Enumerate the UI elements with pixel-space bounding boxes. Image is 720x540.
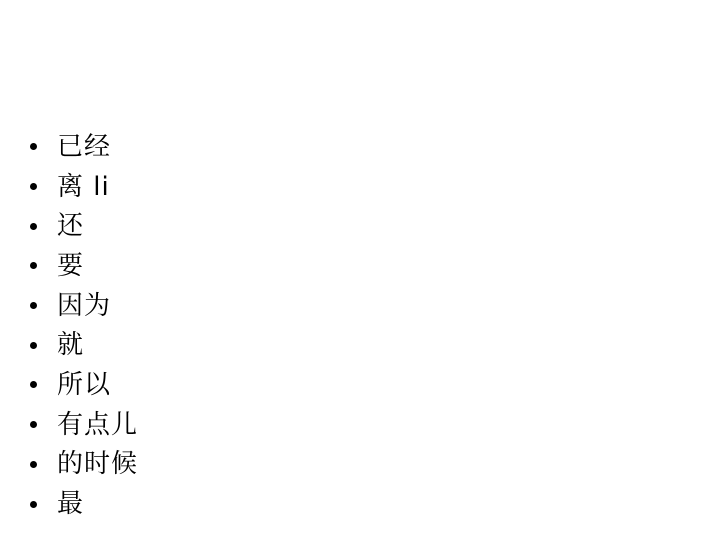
slide: 已经 离 li 还 要 因为 就 所以 有点儿 — [0, 0, 720, 540]
list-item-text: 已经 — [57, 132, 111, 162]
bullet-icon — [30, 302, 37, 309]
list-item: 已经 — [27, 127, 138, 167]
list-item: 有点儿 — [27, 405, 138, 445]
vocabulary-list: 已经 离 li 还 要 因为 就 所以 有点儿 — [27, 127, 138, 524]
list-item-text: 还 — [57, 211, 84, 241]
list-item-text: 所以 — [57, 370, 111, 400]
list-item-text: 的时候 — [57, 449, 138, 479]
list-item-text: 有点儿 — [57, 410, 138, 440]
bullet-icon — [30, 421, 37, 428]
list-item: 的时候 — [27, 445, 138, 485]
list-item: 最 — [27, 484, 138, 524]
list-item: 要 — [27, 246, 138, 286]
list-item: 因为 — [27, 286, 138, 326]
bullet-icon — [30, 223, 37, 230]
bullet-icon — [30, 143, 37, 150]
bullet-icon — [30, 342, 37, 349]
bullet-icon — [30, 461, 37, 468]
list-item-text: 最 — [57, 489, 84, 519]
bullet-icon — [30, 501, 37, 508]
list-item-text: 就 — [57, 330, 84, 360]
list-item: 就 — [27, 325, 138, 365]
bullet-icon — [30, 183, 37, 190]
list-item: 还 — [27, 206, 138, 246]
list-item-text: 要 — [57, 251, 84, 281]
list-item-text: 离 li — [57, 172, 110, 202]
list-item: 所以 — [27, 365, 138, 405]
list-item: 离 li — [27, 167, 138, 207]
bullet-icon — [30, 262, 37, 269]
bullet-icon — [30, 381, 37, 388]
list-item-text: 因为 — [57, 291, 111, 321]
